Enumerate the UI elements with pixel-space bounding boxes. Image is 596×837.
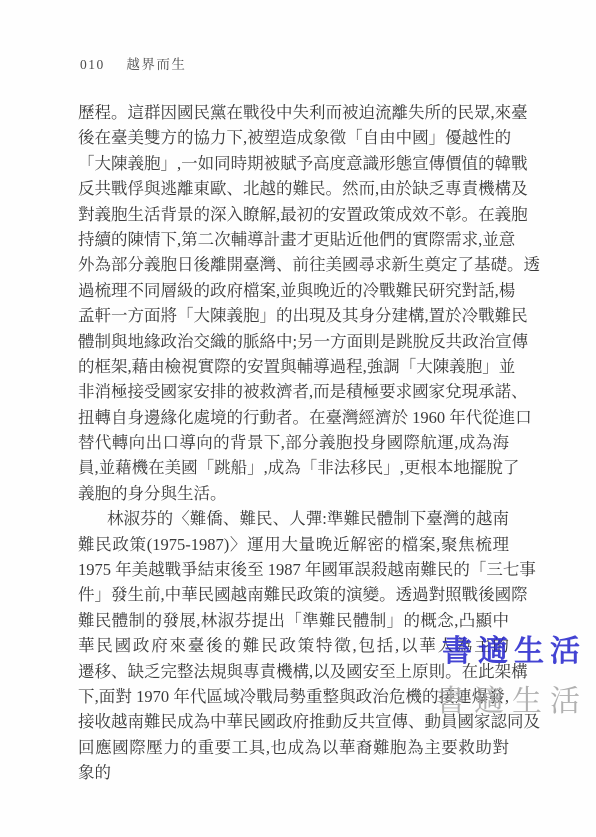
text-line: 件」發生前,中華民國越南難民政策的演變。透過對照戰後國際 (78, 582, 509, 607)
text-line: 遷移、缺乏完整法規與專責機構,以及國安至上原則。在此架構 (78, 659, 509, 684)
text-line: 外為部分義胞日後離開臺灣、前往美國尋求新生奠定了基礎。透 (78, 252, 509, 277)
text-line: 歷程。這群因國民黨在戰役中失利而被迫流離失所的民眾,來臺 (78, 100, 509, 125)
text-line: 難民體制的發展,林淑芬提出「準難民體制」的概念,凸顯中 (78, 608, 509, 633)
text-line: 對義胞生活背景的深入瞭解,最初的安置政策成效不彰。在義胞 (78, 202, 509, 227)
text-line: 孟軒一方面將「大陳義胞」的出現及其身分建構,置於冷戰難民 (78, 303, 509, 328)
text-line: 體制與地緣政治交織的脈絡中;另一方面則是跳脫反共政治宣傳 (78, 329, 509, 354)
text-line: 過梳理不同層級的政府檔案,並與晚近的冷戰難民研究對話,楊 (78, 278, 509, 303)
text-line: 的框架,藉由檢視實際的安置與輔導過程,強調「大陳義胞」並 (78, 354, 509, 379)
page-body: 歷程。這群因國民黨在戰役中失利而被迫流離失所的民眾,來臺後在臺美雙方的協力下,被… (78, 100, 509, 760)
text-line: 反共戰俘與逃離東歐、北越的難民。然而,由於缺乏專責機構及 (78, 176, 509, 201)
text-line: 替代轉向出口導向的背景下,部分義胞投身國際航運,成為海 (78, 430, 509, 455)
text-line: 「大陳義胞」,一如同時期被賦予高度意識形態宣傳價值的韓戰 (78, 151, 509, 176)
page-number: 010 (80, 57, 105, 72)
running-header: 010越界而生 (80, 53, 186, 73)
book-page: 010越界而生 歷程。這群因國民黨在戰役中失利而被迫流離失所的民眾,來臺後在臺美… (0, 0, 596, 837)
text-line: 回應國際壓力的重要工具,也成為以華裔難胞為主要救助對象的 (78, 735, 509, 760)
text-line: 扭轉自身邊緣化處境的行動者。在臺灣經濟於 1960 年代從進口 (78, 405, 509, 430)
book-title: 越界而生 (126, 57, 186, 72)
text-line: 林淑芬的〈難僑、難民、人彈:準難民體制下臺灣的越南 (78, 506, 509, 531)
text-line: 華民國政府來臺後的難民政策特徵,包括,以華人為主的 (78, 633, 509, 658)
text-line: 員,並藉機在美國「跳船」,成為「非法移民」,更根本地擺脫了 (78, 455, 509, 480)
text-line: 難民政策(1975-1987)〉運用大量晚近解密的檔案,聚焦梳理 (78, 532, 509, 557)
text-line: 後在臺美雙方的協力下,被塑造成象徵「自由中國」優越性的 (78, 125, 509, 150)
text-line: 持續的陳情下,第二次輔導計畫才更貼近他們的實際需求,並意 (78, 227, 509, 252)
text-line: 義胞的身分與生活。 (78, 481, 509, 506)
text-line: 接收越南難民成為中華民國政府推動反共宣傳、動員國家認同及 (78, 709, 509, 734)
text-line: 1975 年美越戰爭結束後至 1987 年國軍誤殺越南難民的「三七事 (78, 557, 509, 582)
text-line: 非消極接受國家安排的被救濟者,而是積極要求國家兌現承諾、 (78, 379, 509, 404)
text-line: 下,面對 1970 年代區域冷戰局勢重整與政治危機的接連爆發, (78, 684, 509, 709)
